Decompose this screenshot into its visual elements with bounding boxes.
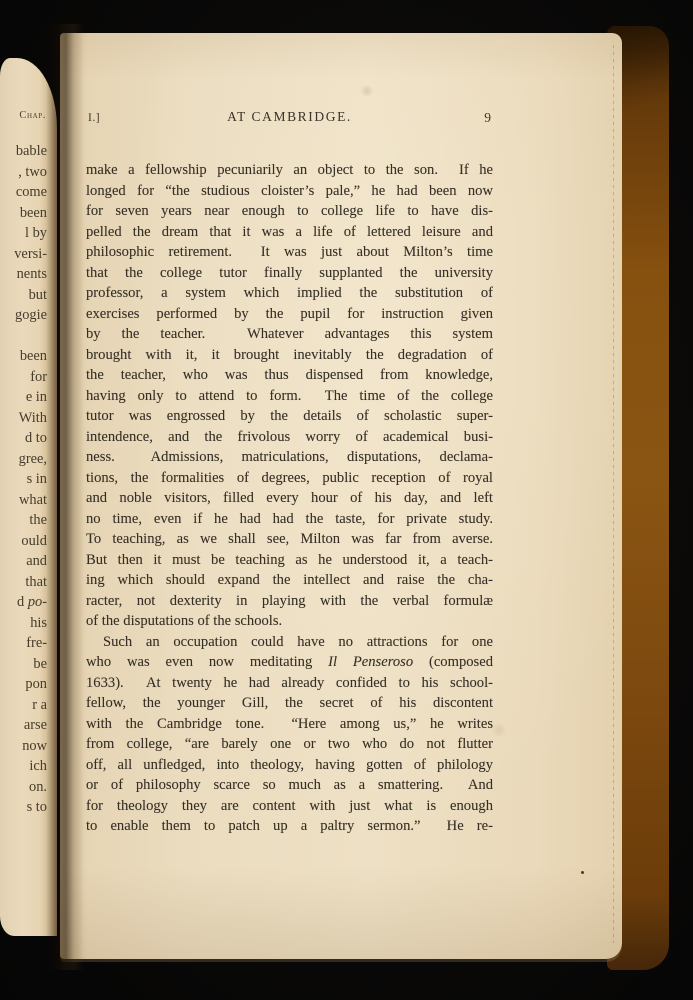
left-fragment: r a [14, 695, 47, 716]
text-line: who was even now meditating Il Penseroso… [86, 652, 493, 673]
text-line: ing which should expand the intellect an… [86, 570, 493, 591]
left-fragment: s to [14, 797, 47, 818]
paper-speck [581, 871, 584, 874]
left-fragment: come [14, 182, 47, 203]
text-line: that the college tutor finally supplante… [86, 263, 493, 284]
left-fragment: the [14, 510, 47, 531]
left-fragment: that [14, 572, 47, 593]
text-line: But then it must be teaching as he under… [86, 550, 493, 571]
text-line: longed for “the studious cloister’s pale… [86, 181, 493, 202]
left-fragment: d to [14, 428, 47, 449]
left-fragment: what [14, 490, 47, 511]
page-edge-crease [613, 45, 614, 943]
left-fragment: and [14, 551, 47, 572]
text-line: tutor was engrossed by the details of sc… [86, 406, 493, 427]
text-line: no time, even if he had had the taste, f… [86, 509, 493, 530]
text-line: pelled the dream that it was a life of l… [86, 222, 493, 243]
left-fragment: fre- [14, 633, 47, 654]
left-fragment: e in [14, 387, 47, 408]
left-fragment: nents [14, 264, 47, 285]
text-line: with the Cambridge tone. “Here among us,… [86, 714, 493, 735]
running-head: AT CAMBRIDGE. [86, 109, 493, 125]
left-fragment: been [14, 203, 47, 224]
left-fragment: now [14, 736, 47, 757]
left-fragment: d po- [14, 592, 47, 613]
text-line: racter, not dexterity in playing with th… [86, 591, 493, 612]
text-line: for theology they are content with just … [86, 796, 493, 817]
left-fragment: pon [14, 674, 47, 695]
left-fragment: versi- [14, 244, 47, 265]
text-line: intendence, and the frivolous worry of a… [86, 427, 493, 448]
left-fragment: l by [14, 223, 47, 244]
left-fragment: be [14, 654, 47, 675]
left-fragment: for [14, 367, 47, 388]
text-line: fellow, the younger Gill, the secret of … [86, 693, 493, 714]
left-fragment: his [14, 613, 47, 634]
left-fragment: gogie [14, 305, 47, 326]
left-fragment: ould [14, 531, 47, 552]
left-fragment: arse [14, 715, 47, 736]
left-fragment: on. [14, 777, 47, 798]
left-fragment: ich [14, 756, 47, 777]
text-line: ness. Admissions, matriculations, disput… [86, 447, 493, 468]
page-number: 9 [484, 110, 491, 126]
left-fragment: s in [14, 469, 47, 490]
left-fragment: bable [14, 141, 47, 162]
left-fragment: gree, [14, 449, 47, 470]
text-line: philosophic retirement. It was just abou… [86, 242, 493, 263]
text-line: Such an occupation could have no attract… [86, 632, 493, 653]
text-line: by the teacher. Whatever advantages this… [86, 324, 493, 345]
text-line: or of philosophy scarce so much as a sma… [86, 775, 493, 796]
left-page-edge: Chap. bable, twocomebeenl byversi-nentsb… [0, 58, 57, 936]
page-header: I.] AT CAMBRIDGE. 9 [86, 109, 493, 131]
text-line: make a fellowship pecuniarily an object … [86, 160, 493, 181]
text-line: to enable them to patch up a paltry serm… [86, 816, 493, 837]
text-line: for seven years near enough to college l… [86, 201, 493, 222]
text-line: 1633). At twenty he had already confided… [86, 673, 493, 694]
left-fragment: With [14, 408, 47, 429]
text-line: To teaching, as we shall see, Milton was… [86, 529, 493, 550]
text-line: exercises performed by the pupil for ins… [86, 304, 493, 325]
left-fragment [14, 326, 47, 347]
text-line: from college, “are barely one or two who… [86, 734, 493, 755]
text-line: having only to attend to form. The time … [86, 386, 493, 407]
book-photo: Chap. bable, twocomebeenl byversi-nentsb… [0, 0, 693, 1000]
left-page-running-head-fragment: Chap. [19, 110, 46, 121]
text-line: professor, a system which implied the su… [86, 283, 493, 304]
left-fragment: , two [14, 162, 47, 183]
text-line: tions, the formalities of degrees, publi… [86, 468, 493, 489]
left-page-fragments: bable, twocomebeenl byversi-nentsbutgogi… [14, 141, 47, 818]
text-line: the teacher, who was thus dispensed from… [86, 365, 493, 386]
text-line: off, all unfledged, into theology, havin… [86, 755, 493, 776]
left-fragment: been [14, 346, 47, 367]
body-text: make a fellowship pecuniarily an object … [86, 160, 493, 837]
text-line: and noble visitors, filled every hour of… [86, 488, 493, 509]
book-page: I.] AT CAMBRIDGE. 9 make a fellowship pe… [60, 33, 622, 959]
paper-stain [360, 85, 374, 97]
left-fragment: but [14, 285, 47, 306]
text-line: brought with it, it brought inevitably t… [86, 345, 493, 366]
text-line: of the disputations of the schools. [86, 611, 493, 632]
